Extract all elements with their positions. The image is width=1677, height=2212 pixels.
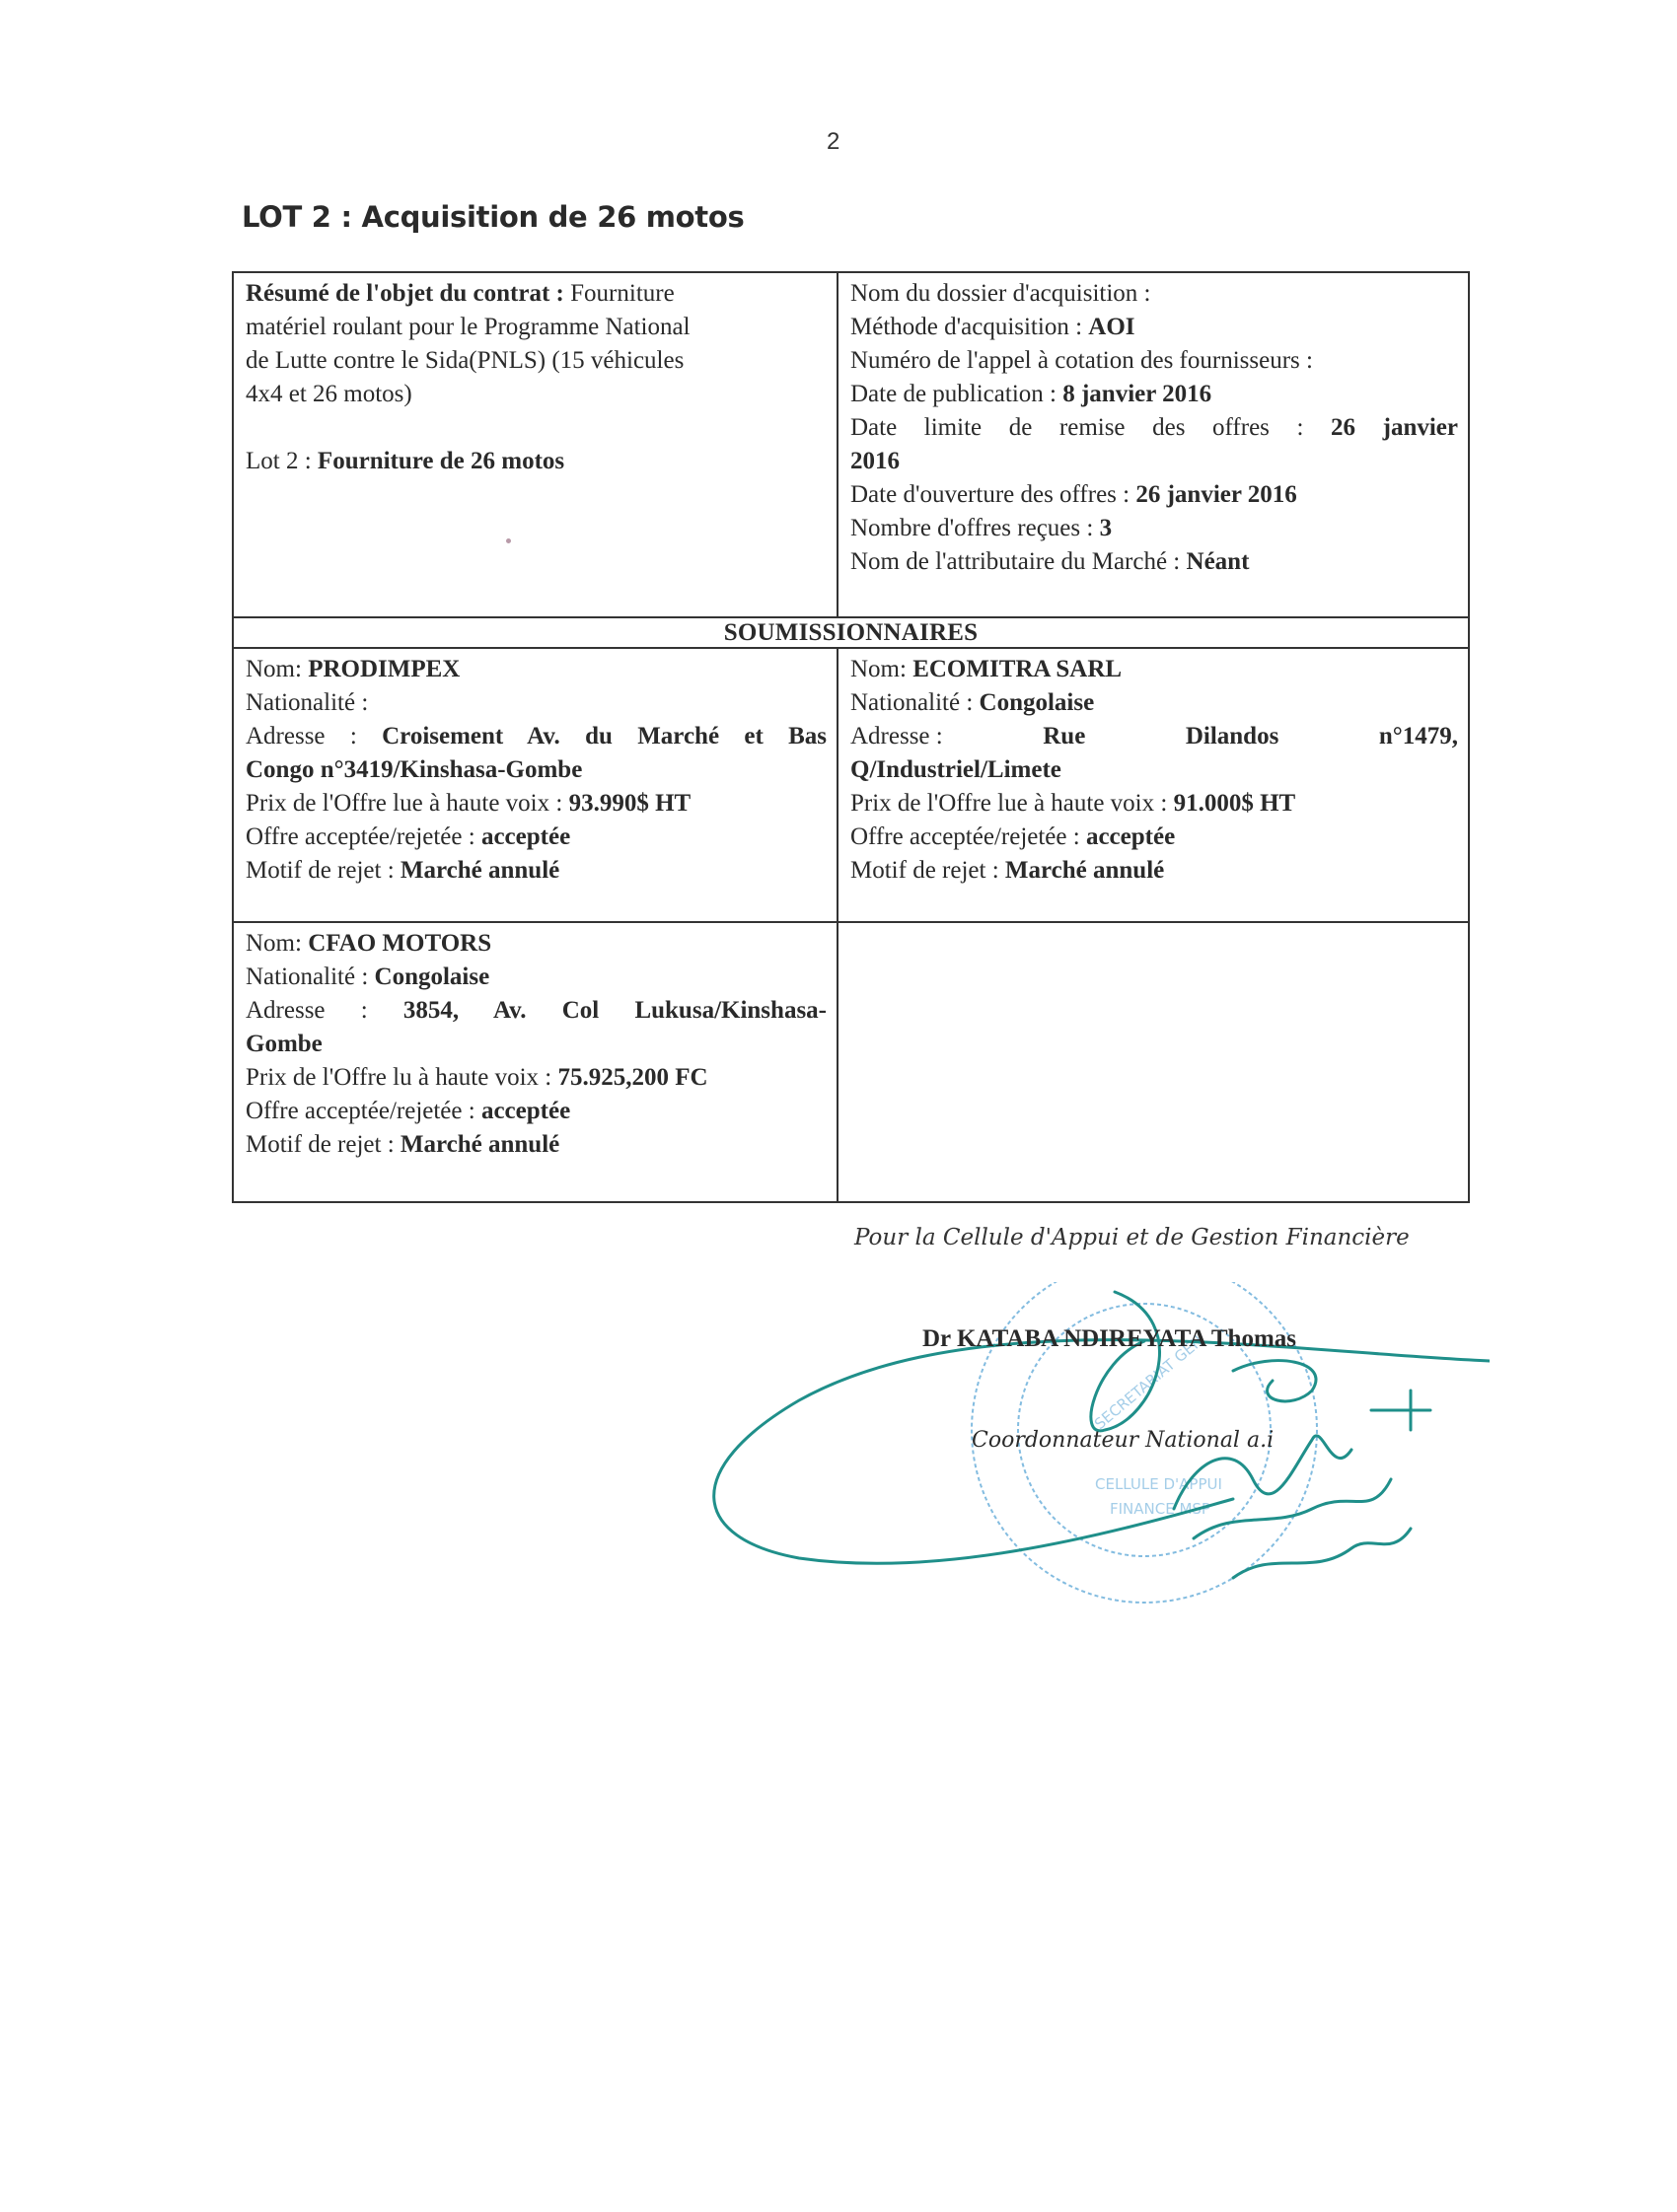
bidder-status-label: Offre acceptée/rejetée : xyxy=(850,823,1086,850)
dossier-label: Nom du dossier d'acquisition : xyxy=(850,280,1150,307)
bidder-name-label: Nom: xyxy=(246,930,308,957)
bidder-price: 93.990$ HT xyxy=(569,790,692,817)
bidder-reason: Marché annulé xyxy=(401,857,559,884)
bidder-reason-label: Motif de rejet : xyxy=(246,857,401,884)
lot-title: LOT 2 : Acquisition de 26 motos xyxy=(242,200,744,234)
signer-title: Coordonnateur National a.i xyxy=(972,1428,1274,1453)
awardee-value: Néant xyxy=(1187,548,1250,575)
bidder-reason-label: Motif de rejet : xyxy=(850,857,1005,884)
contract-summary-cell: Résumé de l'objet du contrat : Fournitur… xyxy=(234,273,838,616)
bidder-card: Nom: ECOMITRA SARL Nationalité : Congola… xyxy=(838,649,1468,921)
footer-organization: Pour la Cellule d'Appui et de Gestion Fi… xyxy=(854,1225,1410,1250)
procurement-table: Résumé de l'objet du contrat : Fournitur… xyxy=(232,271,1470,1203)
bidder-status-label: Offre acceptée/rejetée : xyxy=(246,1098,481,1124)
deadline-label: Date limite de remise des offres : xyxy=(850,414,1303,441)
bidder-address-line2: Gombe xyxy=(246,1028,827,1061)
opening-date-field: Date d'ouverture des offres : 26 janvier… xyxy=(850,478,1458,512)
bidder-address: Croisement Av. du Marché et Bas xyxy=(382,723,827,749)
opening-label: Date d'ouverture des offres : xyxy=(850,481,1135,508)
bidder-reason-label: Motif de rejet : xyxy=(246,1131,401,1158)
bidder-card: Nom: CFAO MOTORS Nationalité : Congolais… xyxy=(234,923,838,1201)
bidder-nationality-label: Nationalité : xyxy=(246,689,368,716)
svg-text:CELLULE D'APPUI: CELLULE D'APPUI xyxy=(1095,1475,1222,1493)
bidder-nationality: Congolaise xyxy=(980,689,1095,716)
bidder-name-label: Nom: xyxy=(850,656,912,682)
bidder-status-label: Offre acceptée/rejetée : xyxy=(246,823,481,850)
deadline-field: Date limite de remise des offres : 26 ja… xyxy=(850,411,1458,445)
deadline-value-year: 2016 xyxy=(850,445,1458,478)
bidder-address-line2: Q/Industriel/Limete xyxy=(850,753,1458,787)
bidders-header: SOUMISSIONNAIRES xyxy=(234,618,1468,649)
summary-text-line: matériel roulant pour le Programme Natio… xyxy=(246,311,827,344)
bidder-name: ECOMITRA SARL xyxy=(912,656,1122,682)
publication-value: 8 janvier 2016 xyxy=(1062,381,1211,407)
bidder-nationality-label: Nationalité : xyxy=(850,689,980,716)
bidder-price-label: Prix de l'Offre lu à haute voix : xyxy=(246,1064,557,1091)
bidder-price: 91.000$ HT xyxy=(1174,790,1296,817)
lot-value: Fourniture de 26 motos xyxy=(318,448,564,474)
bidder-price-label: Prix de l'Offre lue à haute voix : xyxy=(850,790,1174,817)
method-label: Méthode d'acquisition : xyxy=(850,314,1088,340)
page-number: 2 xyxy=(827,128,839,156)
bidders-row: Nom: PRODIMPEX Nationalité : Adresse : C… xyxy=(234,649,1468,923)
offers-count-label: Nombre d'offres reçues : xyxy=(850,515,1100,541)
bidder-name-label: Nom: xyxy=(246,656,308,682)
opening-value: 26 janvier 2016 xyxy=(1135,481,1296,508)
bidder-address-label: Adresse : xyxy=(850,720,943,753)
bidder-address: 3854, Av. Col Lukusa/Kinshasa- xyxy=(403,997,827,1024)
call-number-field: Numéro de l'appel à cotation des fournis… xyxy=(850,344,1458,378)
bidder-address-part: Dilandos xyxy=(1186,720,1278,753)
summary-text-line: 4x4 et 26 motos) xyxy=(246,378,827,411)
bidder-price: 75.925,200 FC xyxy=(557,1064,707,1091)
method-value: AOI xyxy=(1088,314,1134,340)
bidder-address-part: n°1479, xyxy=(1379,720,1458,753)
bidder-reason: Marché annulé xyxy=(1005,857,1164,884)
lot-label: Lot 2 : xyxy=(246,448,318,474)
bidder-name: PRODIMPEX xyxy=(308,656,460,682)
summary-label: Résumé de l'objet du contrat : xyxy=(246,280,564,307)
signer-name: Dr KATABA NDIREYATA Thomas xyxy=(922,1325,1296,1353)
deadline-value: 26 janvier xyxy=(1331,414,1458,441)
bidders-row: Nom: CFAO MOTORS Nationalité : Congolais… xyxy=(234,923,1468,1201)
bidder-status: acceptée xyxy=(481,1098,570,1124)
bidder-address-line2: Congo n°3419/Kinshasa-Gombe xyxy=(246,753,827,787)
bidder-nationality-label: Nationalité : xyxy=(246,963,375,990)
scan-speck xyxy=(506,538,511,543)
summary-text: Fourniture xyxy=(564,280,675,307)
bidder-address-label: Adresse : xyxy=(246,723,382,749)
bidder-nationality: Congolaise xyxy=(375,963,490,990)
publication-label: Date de publication : xyxy=(850,381,1062,407)
method-field: Méthode d'acquisition : AOI xyxy=(850,311,1458,344)
bidder-address-label: Adresse : xyxy=(246,997,403,1024)
bidder-price-label: Prix de l'Offre lue à haute voix : xyxy=(246,790,569,817)
bidder-address-part: Rue xyxy=(1043,720,1085,753)
offers-count-field: Nombre d'offres reçues : 3 xyxy=(850,512,1458,545)
bidder-status: acceptée xyxy=(481,823,570,850)
call-number-label: Numéro de l'appel à cotation des fournis… xyxy=(850,347,1313,374)
acquisition-details-cell: Nom du dossier d'acquisition : Méthode d… xyxy=(838,273,1468,616)
bidder-status: acceptée xyxy=(1086,823,1175,850)
bidder-reason: Marché annulé xyxy=(401,1131,559,1158)
empty-cell xyxy=(838,923,1468,1201)
contract-info-row: Résumé de l'objet du contrat : Fournitur… xyxy=(234,273,1468,618)
dossier-name-field: Nom du dossier d'acquisition : xyxy=(850,277,1458,311)
offers-count-value: 3 xyxy=(1100,515,1113,541)
awardee-field: Nom de l'attributaire du Marché : Néant xyxy=(850,545,1458,579)
bidder-card: Nom: PRODIMPEX Nationalité : Adresse : C… xyxy=(234,649,838,921)
publication-date-field: Date de publication : 8 janvier 2016 xyxy=(850,378,1458,411)
summary-text-line: de Lutte contre le Sida(PNLS) (15 véhicu… xyxy=(246,344,827,378)
awardee-label: Nom de l'attributaire du Marché : xyxy=(850,548,1187,575)
bidder-name: CFAO MOTORS xyxy=(308,930,491,957)
